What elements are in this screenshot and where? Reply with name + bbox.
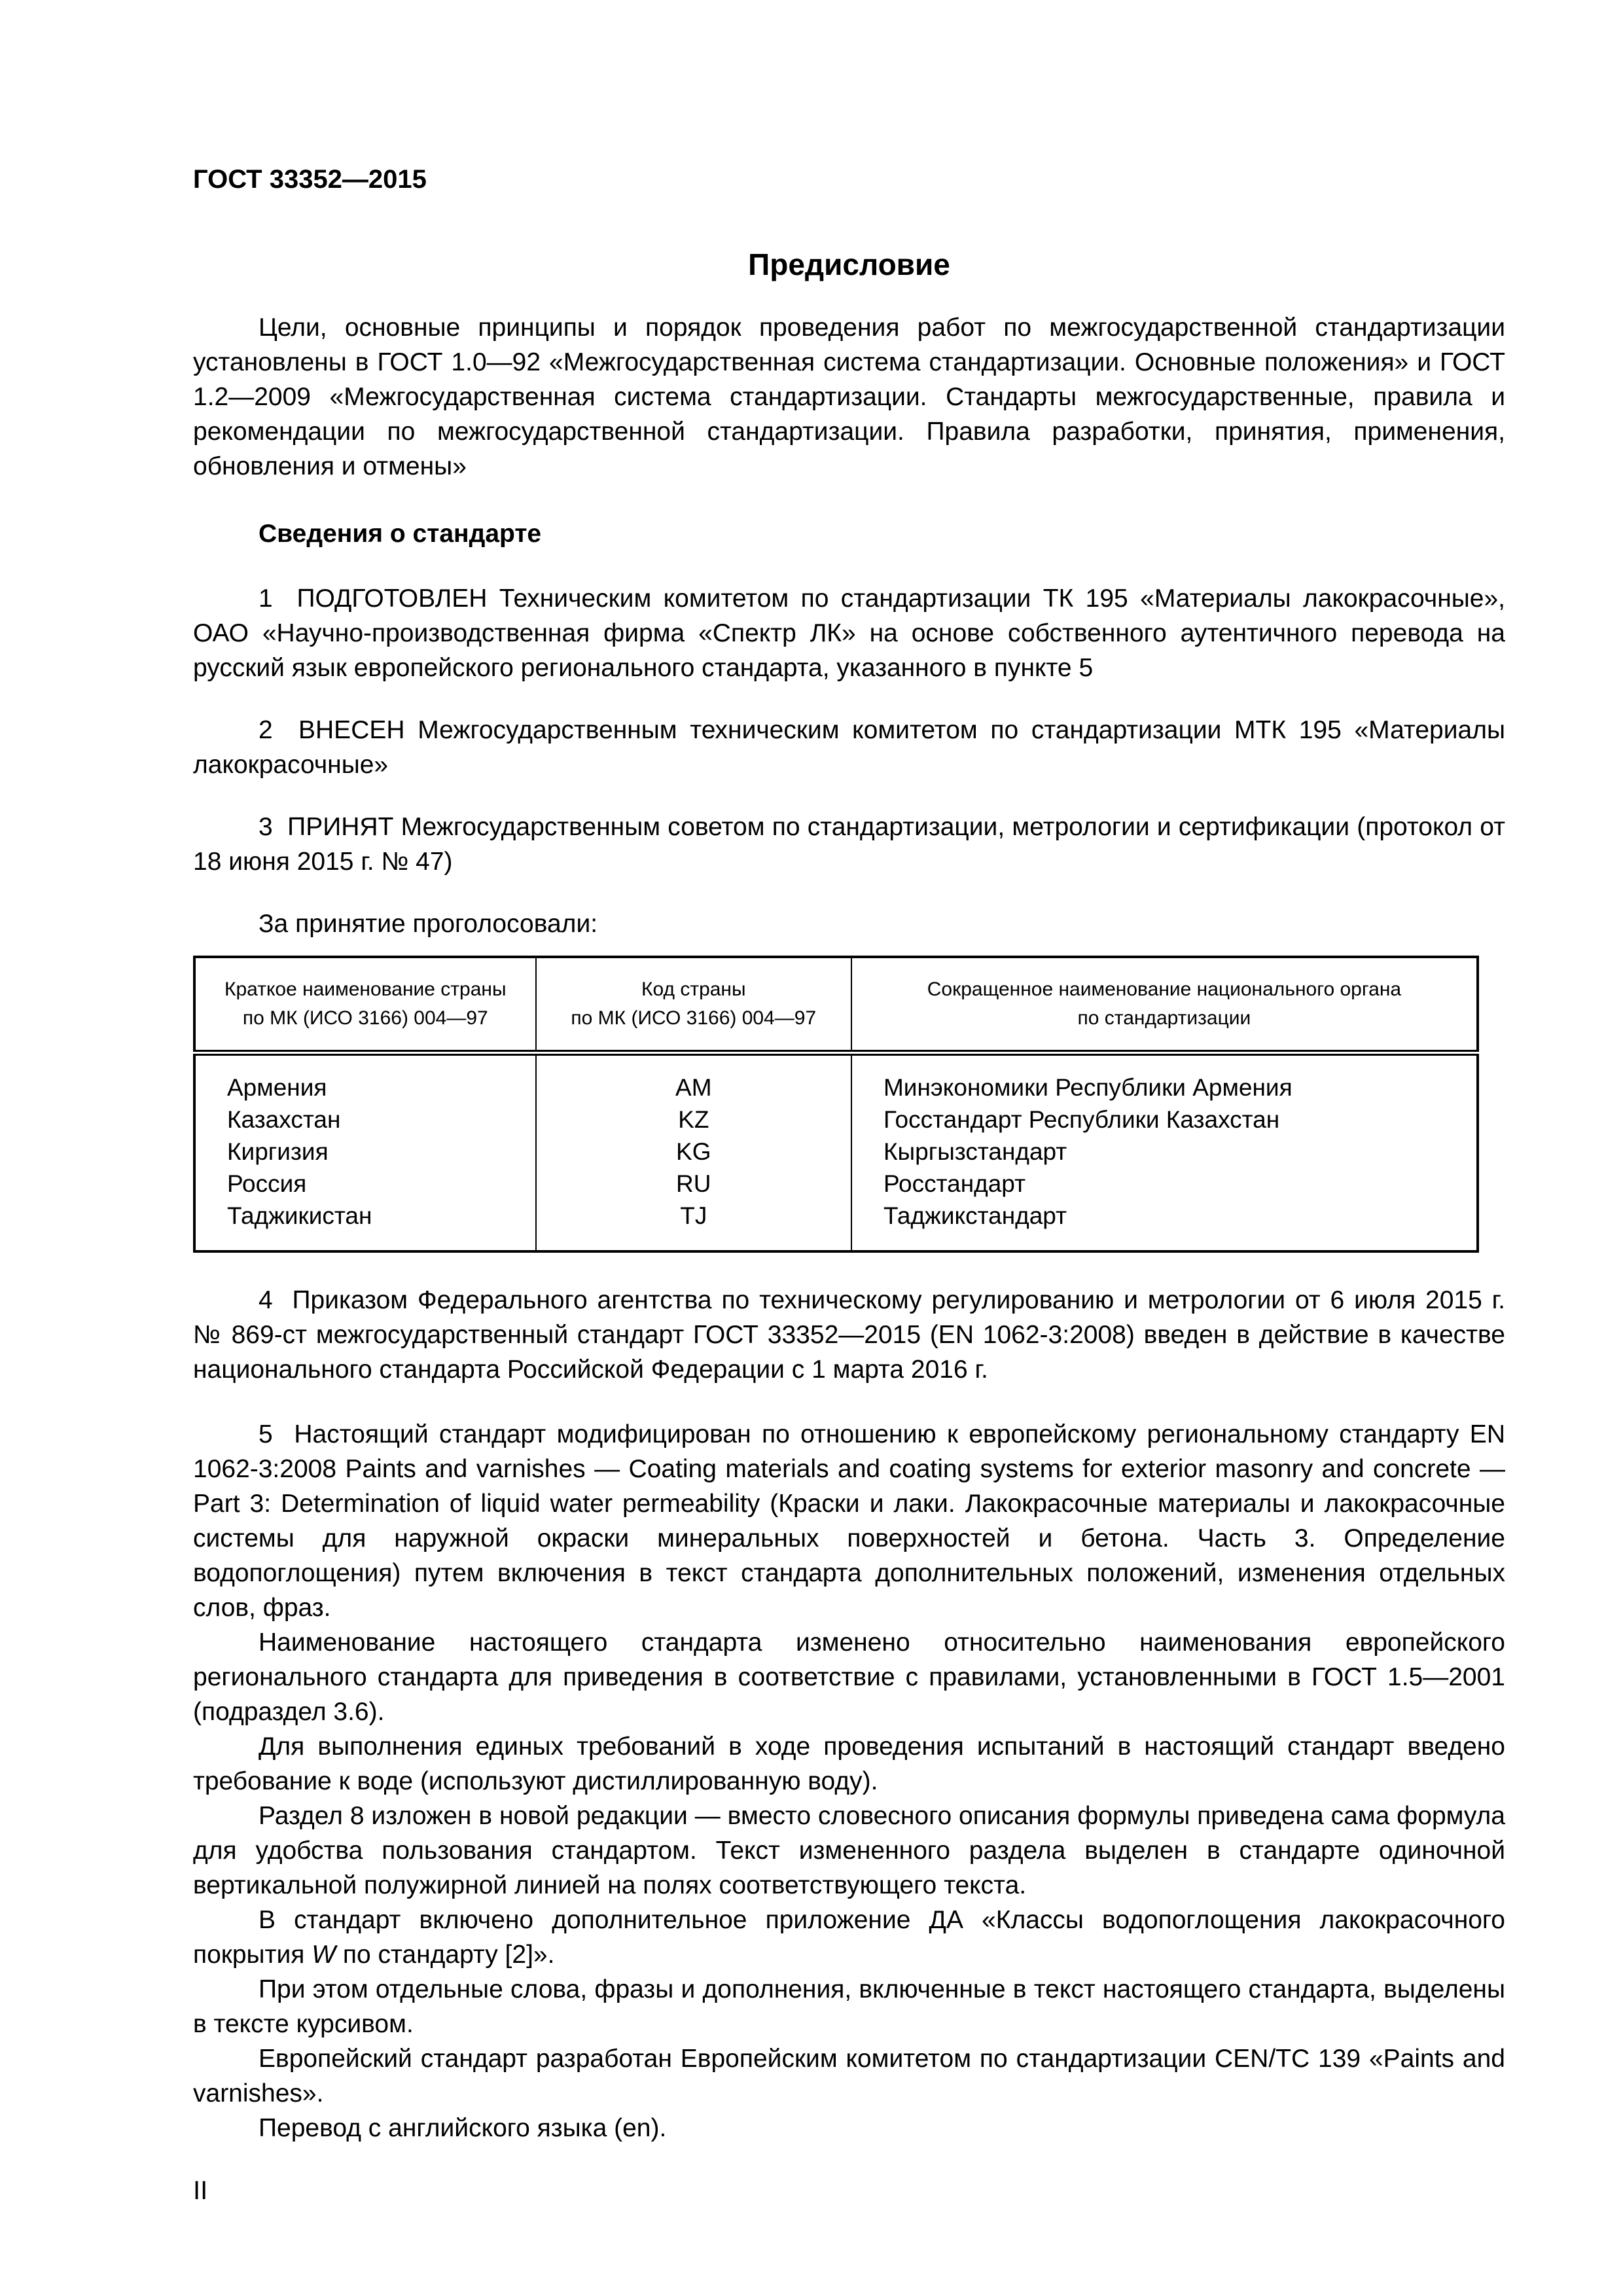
col-header-code: Код страны по МК (ИСО 3166) 004—97 [536,957,851,1053]
standard-info-item-2: 2 ВНЕСЕН Межгосударственным техническим … [193,713,1505,782]
cell-org: Минэкономики Республики Армения [851,1053,1478,1104]
intro-paragraph: Цели, основные принципы и порядок провед… [193,310,1505,484]
cell-org: Госстандарт Республики Казахстан [851,1103,1478,1136]
col-header-country-line1: Краткое наименование страны [204,975,527,1004]
document-page: ГОСТ 33352—2015 Предисловие Цели, основн… [0,0,1623,2296]
cell-country: Казахстан [194,1103,536,1136]
standard-info-item-3: 3 ПРИНЯТ Межгосударственным советом по с… [193,810,1505,879]
col-header-code-line2: по МК (ИСО 3166) 004—97 [544,1004,843,1033]
doc-code-header: ГОСТ 33352—2015 [193,165,1505,194]
cell-code: RU [536,1168,851,1200]
paragraph-water-requirement: Для выполнения единых требований в ходе … [193,1729,1505,1799]
cell-country: Киргизия [194,1136,536,1168]
cell-country: Россия [194,1168,536,1200]
col-header-body: Сокращенное наименование национального о… [851,957,1478,1053]
col-header-body-line2: по стандартизации [860,1004,1469,1033]
cell-code: AM [536,1053,851,1104]
table-row: Таджикистан TJ Таджикстандарт [194,1200,1478,1251]
standard-info-item-5: 5 Настоящий стандарт модифицирован по от… [193,1417,1505,1625]
page-number: II [193,2176,1505,2206]
standard-info-item-4: 4 Приказом Федерального агентства по тех… [193,1283,1505,1387]
cell-code: KZ [536,1103,851,1136]
table-row: Армения AM Минэкономики Республики Армен… [194,1053,1478,1104]
cell-country: Армения [194,1053,536,1104]
standard-info-heading: Сведения о стандарте [193,516,1505,551]
col-header-code-line1: Код страны [544,975,843,1004]
standard-info-item-1: 1 ПОДГОТОВЛЕН Техническим комитетом по с… [193,581,1505,685]
vote-intro-line: За принятие проголосовали: [193,906,1505,941]
cell-code: KG [536,1136,851,1168]
cell-country: Таджикистан [194,1200,536,1251]
paragraph-cen-committee: Европейский стандарт разработан Европейс… [193,2041,1505,2111]
vote-table: Краткое наименование страны по МК (ИСО 3… [193,956,1479,1253]
col-header-country: Краткое наименование страны по МК (ИСО 3… [194,957,536,1053]
paragraph-name-changed: Наименование настоящего стандарта измене… [193,1625,1505,1729]
annex-text-suffix: по стандарту [2]». [336,1941,554,1969]
vote-table-header: Краткое наименование страны по МК (ИСО 3… [194,957,1478,1053]
table-row: Киргизия KG Кыргызстандарт [194,1136,1478,1168]
col-header-body-line1: Сокращенное наименование национального о… [860,975,1469,1004]
cell-code: TJ [536,1200,851,1251]
annex-symbol-w: W [312,1941,336,1969]
table-row: Казахстан KZ Госстандарт Республики Каза… [194,1103,1478,1136]
paragraph-section8-revision: Раздел 8 изложен в новой редакции — вмес… [193,1799,1505,1903]
cell-org: Кыргызстандарт [851,1136,1478,1168]
paragraph-annex-da: В стандарт включено дополнительное прило… [193,1903,1505,1972]
table-row: Россия RU Росстандарт [194,1168,1478,1200]
col-header-country-line2: по МК (ИСО 3166) 004—97 [204,1004,527,1033]
paragraph-italic-note: При этом отдельные слова, фразы и дополн… [193,1972,1505,2041]
cell-org: Росстандарт [851,1168,1478,1200]
cell-org: Таджикстандарт [851,1200,1478,1251]
page-title: Предисловие [193,247,1505,281]
paragraph-translation: Перевод с английского языка (en). [193,2111,1505,2145]
